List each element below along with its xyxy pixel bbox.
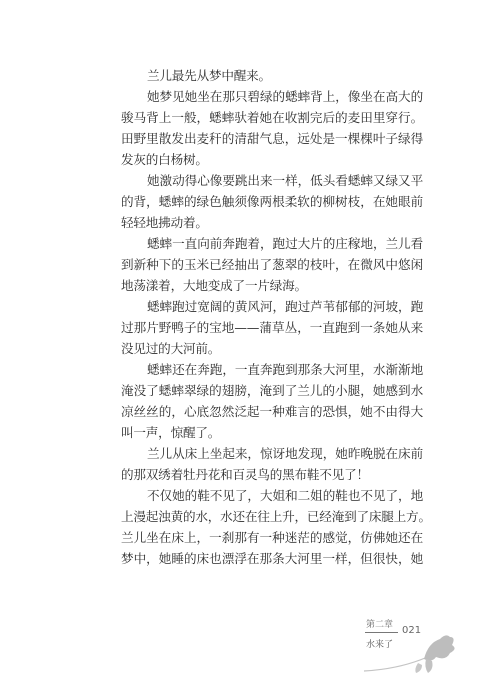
text-line: 上漫起浊黄的水，水还在往上升，已经淹到了床腿上方。 xyxy=(121,506,423,527)
text-line: 的那双绣着牡丹花和百灵鸟的黑布鞋不见了！ xyxy=(121,464,423,485)
paragraph: 她激动得心像要跳出来一样，低头看蟋蟀又绿又平的背，蟋蟀的绿色触须像两根柔软的柳树… xyxy=(121,170,423,233)
text-line: 田野里散发出麦秆的清甜气息，远处是一棵棵叶子绿得 xyxy=(121,128,423,149)
page-footer: 第二章 水来了 021 xyxy=(362,615,472,675)
book-page: 兰儿最先从梦中醒来。她梦见她坐在那只碧绿的蟋蟀背上，像坐在高大的骏马背上一般，蟋… xyxy=(0,0,500,700)
paragraph: 蟋蟀跑过宽阔的黄风河，跑过芦苇郁郁的河坡，跑过那片野鸭子的宝地——蒲草丛，一直跑… xyxy=(121,296,423,359)
paragraph: 她梦见她坐在那只碧绿的蟋蟀背上，像坐在高大的骏马背上一般，蟋蟀驮着她在收割完后的… xyxy=(121,86,423,170)
text-line: 她梦见她坐在那只碧绿的蟋蟀背上，像坐在高大的 xyxy=(121,86,423,107)
paragraph: 兰儿最先从梦中醒来。 xyxy=(121,65,423,86)
text-line: 蟋蟀跑过宽阔的黄风河，跑过芦苇郁郁的河坡，跑 xyxy=(121,296,423,317)
text-line: 蟋蟀一直向前奔跑着，跑过大片的庄稼地，兰儿看 xyxy=(121,233,423,254)
text-line: 兰儿最先从梦中醒来。 xyxy=(121,65,423,86)
text-line: 发灰的白杨树。 xyxy=(121,149,423,170)
paragraph: 蟋蟀还在奔跑，一直奔跑到那条大河里，水渐渐地淹没了蟋蟀翠绿的翅膀，淹到了兰儿的小… xyxy=(121,359,423,443)
text-line: 淹没了蟋蟀翠绿的翅膀，淹到了兰儿的小腿，她感到水 xyxy=(121,380,423,401)
text-line: 她激动得心像要跳出来一样，低头看蟋蟀又绿又平 xyxy=(121,170,423,191)
text-line: 到新种下的玉米已经抽出了葱翠的枝叶，在微风中悠闲 xyxy=(121,254,423,275)
text-line: 轻轻地拂动着。 xyxy=(121,212,423,233)
text-line: 蟋蟀还在奔跑，一直奔跑到那条大河里，水渐渐地 xyxy=(121,359,423,380)
paragraph: 蟋蟀一直向前奔跑着，跑过大片的庄稼地，兰儿看到新种下的玉米已经抽出了葱翠的枝叶，… xyxy=(121,233,423,296)
text-line: 过那片野鸭子的宝地——蒲草丛，一直跑到一条她从来 xyxy=(121,317,423,338)
text-line: 没见过的大河前。 xyxy=(121,338,423,359)
text-line: 不仅她的鞋不见了，大姐和二姐的鞋也不见了，地 xyxy=(121,485,423,506)
text-line: 兰儿从床上坐起来，惊讶地发现，她昨晚脱在床前 xyxy=(121,443,423,464)
body-text: 兰儿最先从梦中醒来。她梦见她坐在那只碧绿的蟋蟀背上，像坐在高大的骏马背上一般，蟋… xyxy=(121,65,423,569)
text-line: 骏马背上一般，蟋蟀驮着她在收割完后的麦田里穿行。 xyxy=(121,107,423,128)
text-line: 梦中，她睡的床也漂浮在那条大河里一样，但很快，她 xyxy=(121,548,423,569)
text-line: 的背，蟋蟀的绿色触须像两根柔软的柳树枝，在她眼前 xyxy=(121,191,423,212)
paragraph: 不仅她的鞋不见了，大姐和二姐的鞋也不见了，地上漫起浊黄的水，水还在往上升，已经淹… xyxy=(121,485,423,569)
paragraph: 兰儿从床上坐起来，惊讶地发现，她昨晚脱在床前的那双绣着牡丹花和百灵鸟的黑布鞋不见… xyxy=(121,443,423,485)
text-line: 凉丝丝的，心底忽然泛起一种难言的恐惧，她不由得大 xyxy=(121,401,423,422)
text-line: 地荡漾着，大地变成了一片绿海。 xyxy=(121,275,423,296)
leaf-icon xyxy=(362,629,462,675)
text-line: 兰儿坐在床上，一刹那有一种迷茫的感觉，仿佛她还在 xyxy=(121,527,423,548)
text-line: 叫一声，惊醒了。 xyxy=(121,422,423,443)
